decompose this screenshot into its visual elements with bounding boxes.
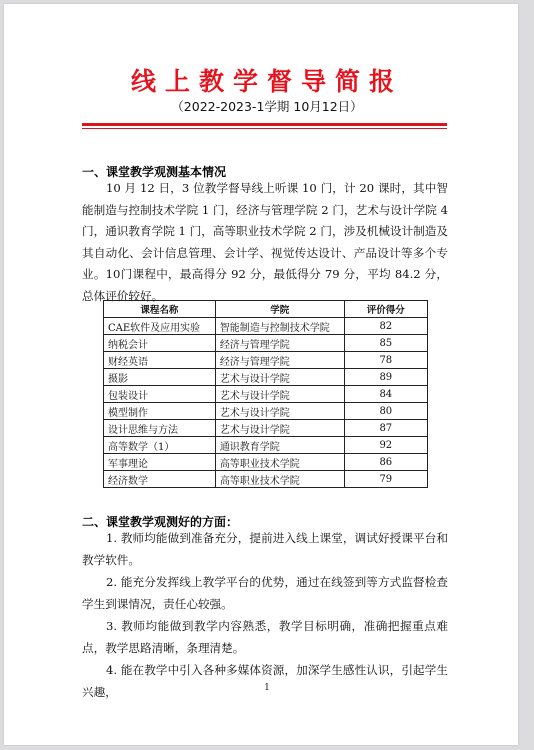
table-row: CAE软件及应用实验 智能制造与控制技术学院 82 bbox=[104, 318, 428, 335]
college-name: 经济与管理学院 bbox=[215, 352, 344, 369]
section-2-item-2: 2. 能充分发挥线上教学平台的优势，通过在线签到等方式监督检查学生到课情况，责任… bbox=[82, 572, 448, 615]
table-row: 包装设计 艺术与设计学院 84 bbox=[104, 386, 428, 403]
header-course-name: 课程名称 bbox=[104, 301, 216, 318]
score: 87 bbox=[344, 420, 427, 437]
section-1-paragraph: 10 月 12 日，3 位教学督导线上听课 10 门，计 20 课时，其中智能制… bbox=[82, 178, 448, 307]
header-college: 学院 bbox=[215, 301, 344, 318]
college-name: 高等职业技术学院 bbox=[215, 454, 344, 471]
course-name: 设计思维与方法 bbox=[104, 420, 216, 437]
course-name: 财经英语 bbox=[104, 352, 216, 369]
course-name: CAE软件及应用实验 bbox=[104, 318, 216, 335]
college-name: 艺术与设计学院 bbox=[215, 420, 344, 437]
header-score: 评价得分 bbox=[344, 301, 427, 318]
score: 79 bbox=[344, 471, 427, 488]
course-name: 模型制作 bbox=[104, 403, 216, 420]
score: 92 bbox=[344, 437, 427, 454]
college-name: 经济与管理学院 bbox=[215, 335, 344, 352]
section-2-item-1: 1. 教师均能做到准备充分，提前进入线上课堂，调试好授课平台和教学软件。 bbox=[82, 528, 448, 571]
table-header-row: 课程名称 学院 评价得分 bbox=[104, 301, 428, 318]
course-name: 经济数学 bbox=[104, 471, 216, 488]
header-rule-thick bbox=[82, 123, 447, 126]
table-row: 设计思维与方法 艺术与设计学院 87 bbox=[104, 420, 428, 437]
page-number: 1 bbox=[0, 683, 534, 693]
college-name: 通识教育学院 bbox=[215, 437, 344, 454]
course-name: 包装设计 bbox=[104, 386, 216, 403]
score: 89 bbox=[344, 369, 427, 386]
table-row: 纳税会计 经济与管理学院 85 bbox=[104, 335, 428, 352]
score: 82 bbox=[344, 318, 427, 335]
table-row: 模型制作 艺术与设计学院 80 bbox=[104, 403, 428, 420]
header-rule-thin bbox=[82, 128, 447, 129]
course-name: 摄影 bbox=[104, 369, 216, 386]
table-row: 经济数学 高等职业技术学院 79 bbox=[104, 471, 428, 488]
course-name: 高等数学（1） bbox=[104, 437, 216, 454]
section-2-item-3: 3. 教师均能做到教学内容熟悉，教学目标明确，准确把握重点难点，教学思路清晰，条… bbox=[82, 616, 448, 659]
table-row: 高等数学（1） 通识教育学院 92 bbox=[104, 437, 428, 454]
table-row: 财经英语 经济与管理学院 78 bbox=[104, 352, 428, 369]
college-name: 艺术与设计学院 bbox=[215, 386, 344, 403]
course-name: 军事理论 bbox=[104, 454, 216, 471]
score: 86 bbox=[344, 454, 427, 471]
course-name: 纳税会计 bbox=[104, 335, 216, 352]
course-score-table: 课程名称 学院 评价得分 CAE软件及应用实验 智能制造与控制技术学院 82 纳… bbox=[103, 300, 428, 488]
college-name: 高等职业技术学院 bbox=[215, 471, 344, 488]
bulletin-subtitle: （2022-2023-1学期 10月12日） bbox=[0, 97, 534, 115]
table-row: 军事理论 高等职业技术学院 86 bbox=[104, 454, 428, 471]
college-name: 艺术与设计学院 bbox=[215, 369, 344, 386]
table-row: 摄影 艺术与设计学院 89 bbox=[104, 369, 428, 386]
score: 80 bbox=[344, 403, 427, 420]
college-name: 艺术与设计学院 bbox=[215, 403, 344, 420]
score: 84 bbox=[344, 386, 427, 403]
section-2-item-4: 4. 能在教学中引入各种多媒体资源，加深学生感性认识，引起学生兴趣， bbox=[82, 660, 448, 703]
score: 78 bbox=[344, 352, 427, 369]
college-name: 智能制造与控制技术学院 bbox=[215, 318, 344, 335]
bulletin-title: 线上教学督导简报 bbox=[0, 62, 534, 98]
score: 85 bbox=[344, 335, 427, 352]
